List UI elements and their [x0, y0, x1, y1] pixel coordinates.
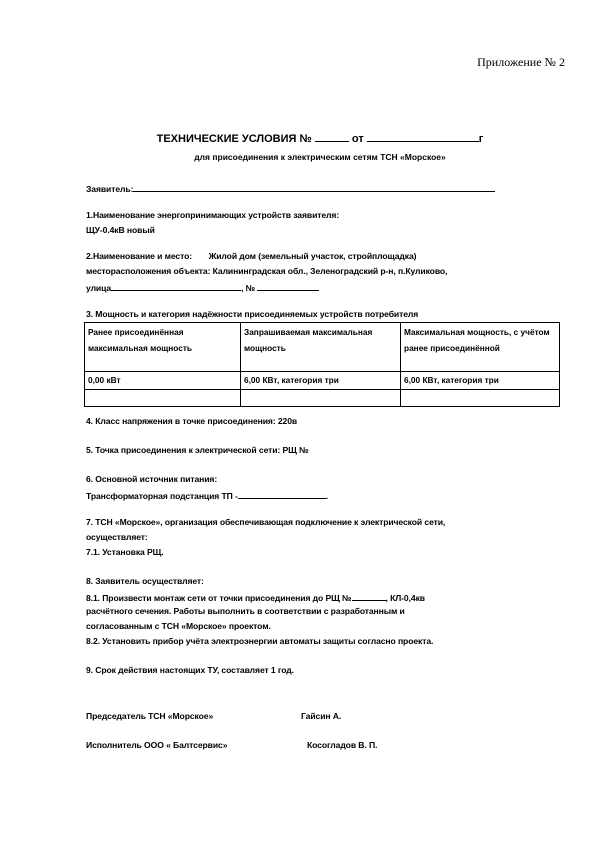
document-subtitle: для присоединения к электрическим сетям …	[0, 152, 595, 162]
section8-heading: 8. Заявитель осуществляет:	[86, 576, 204, 586]
table-row: 0,00 кВт 6,00 КВт, категория три 6,00 КВ…	[85, 372, 560, 390]
title-prefix: ТЕХНИЧЕСКИЕ УСЛОВИЯ №	[157, 133, 312, 145]
power-table: Ранее присоединённая максимальная мощнос…	[84, 322, 560, 407]
section5: 5. Точка присоединения к электрической с…	[86, 445, 309, 455]
section1-value: ЩУ-0.4кВ новый	[86, 225, 155, 235]
section8-item2: 8.2. Установить прибор учёта электроэнер…	[86, 636, 433, 646]
number-label: , №	[241, 283, 255, 293]
table-cell	[241, 390, 401, 407]
table-cell: 0,00 кВт	[85, 372, 241, 390]
section7-item1: 7.1. Установка РЩ.	[86, 547, 164, 557]
signature-name: Косогладов В. П.	[307, 740, 377, 750]
substation-suffix: .	[326, 491, 328, 501]
section6-heading: 6. Основной источник питания:	[86, 474, 217, 484]
section8-item1: 8.1. Произвести монтаж сети от точки при…	[86, 591, 425, 603]
signature-role: Председатель ТСН «Морское»	[86, 711, 213, 721]
applicant-line: Заявитель:	[86, 182, 495, 194]
appendix-label: Приложение № 2	[477, 55, 565, 70]
applicant-blank	[133, 182, 495, 192]
applicant-label: Заявитель:	[86, 184, 133, 194]
substation-blank	[238, 489, 326, 499]
street-blank	[111, 281, 241, 291]
section9: 9. Срок действия настоящих ТУ, составляе…	[86, 665, 294, 675]
table-header-row: Ранее присоединённая максимальная мощнос…	[85, 323, 560, 372]
section7-line1: 7. ТСН «Морское», организация обеспечива…	[86, 517, 445, 527]
table-header: Ранее присоединённая максимальная мощнос…	[85, 323, 241, 372]
section3-heading: 3. Мощность и категория надёжности присо…	[86, 309, 418, 319]
table-cell: 6,00 КВт, категория три	[241, 372, 401, 390]
section8-item1-suffix: , КЛ-0,4кв	[386, 593, 425, 603]
house-number-blank	[257, 281, 319, 291]
number-blank	[315, 132, 349, 142]
table-cell	[85, 390, 241, 407]
table-row	[85, 390, 560, 407]
title-suffix: г	[479, 133, 484, 145]
section4: 4. Класс напряжения в точке присоединени…	[86, 416, 297, 426]
section2-line1: 2.Наименование и место: Жилой дом (земел…	[86, 251, 416, 261]
signature-role: Исполнитель ООО « Балтсервис»	[86, 740, 227, 750]
street-label: улица	[86, 283, 111, 293]
rsch-number-blank	[352, 591, 386, 601]
section8-item1-line2: расчётного сечения. Работы выполнить в с…	[86, 606, 405, 616]
table-header: Максимальная мощность, с учётом ранее пр…	[401, 323, 560, 372]
date-blank	[367, 132, 479, 142]
section2-line2: месторасположения объекта: Калининградск…	[86, 266, 447, 276]
section6-value: Трансформаторная подстанция ТП -.	[86, 489, 328, 501]
table-cell: 6,00 КВт, категория три	[401, 372, 560, 390]
section2-value2: Калининградская обл., Зеленоградский р-н…	[213, 266, 448, 276]
section2-value1: Жилой дом (земельный участок, стройплоща…	[209, 251, 417, 261]
section2-label2: месторасположения объекта:	[86, 266, 210, 276]
document-title: ТЕХНИЧЕСКИЕ УСЛОВИЯ № от г	[0, 132, 595, 145]
section7-line2: осуществляет:	[86, 532, 148, 542]
section8-item1-prefix: 8.1. Произвести монтаж сети от точки при…	[86, 593, 352, 603]
signature-name: Гайсин А.	[301, 711, 341, 721]
section2-label1: 2.Наименование и место:	[86, 251, 192, 261]
section1-heading: 1.Наименование энергопринимающих устройс…	[86, 210, 339, 220]
title-from: от	[352, 133, 364, 145]
table-header: Запрашиваемая максимальная мощность	[241, 323, 401, 372]
section8-item1-line3: согласованным с ТСН «Морское» проектом.	[86, 621, 271, 631]
table-cell	[401, 390, 560, 407]
section2-street: улица, №	[86, 281, 319, 293]
substation-label: Трансформаторная подстанция ТП -	[86, 491, 238, 501]
